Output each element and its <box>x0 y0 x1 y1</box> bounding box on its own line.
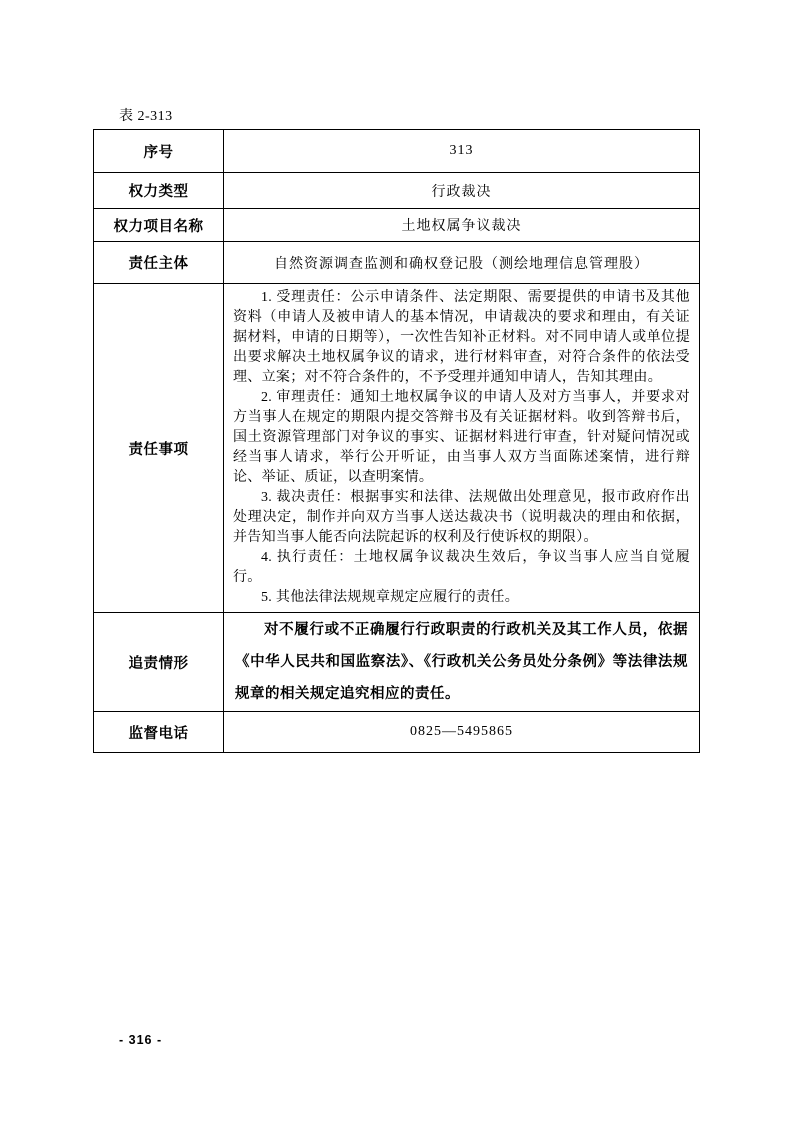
duty-paragraph-1: 1. 受理责任：公示申请条件、法定期限、需要提供的申请书及其他资料（申请人及被申… <box>233 288 690 388</box>
power-item-table: 序号 313 权力类型 行政裁决 权力项目名称 土地权属争议裁决 责任主体 自然… <box>93 129 700 753</box>
row-label-responsible-body: 责任主体 <box>94 242 224 284</box>
duty-paragraph-2: 2. 审理责任：通知土地权属争议的申请人及对方当事人，并要求对方当事人在规定的期… <box>233 388 690 488</box>
row-value-power-type: 行政裁决 <box>224 173 700 209</box>
row-label-supervision-phone: 监督电话 <box>94 712 224 753</box>
accountability-paragraph: 对不履行或不正确履行行政职责的行政机关及其工作人员，依据《中华人民共和国监察法》… <box>235 614 688 710</box>
page-number: - 316 - <box>119 1033 162 1047</box>
table-row-project-name: 权力项目名称 土地权属争议裁决 <box>94 209 700 242</box>
table-row-serial: 序号 313 <box>94 130 700 173</box>
row-value-project-name: 土地权属争议裁决 <box>224 209 700 242</box>
row-value-serial: 313 <box>224 130 700 173</box>
table-row-accountability: 追责情形 对不履行或不正确履行行政职责的行政机关及其工作人员，依据《中华人民共和… <box>94 613 700 712</box>
table-row-responsible-body: 责任主体 自然资源调查监测和确权登记股（测绘地理信息管理股） <box>94 242 700 284</box>
document-page: 表 2-313 序号 313 权力类型 行政裁决 权力项目名称 土地权属争议裁决… <box>0 0 793 1122</box>
row-label-serial: 序号 <box>94 130 224 173</box>
duty-paragraph-3: 3. 裁决责任：根据事实和法律、法规做出处理意见，报市政府作出处理决定，制作并向… <box>233 488 690 548</box>
table-row-supervision-phone: 监督电话 0825—5495865 <box>94 712 700 753</box>
row-value-supervision-phone: 0825—5495865 <box>224 712 700 753</box>
row-value-accountability: 对不履行或不正确履行行政职责的行政机关及其工作人员，依据《中华人民共和国监察法》… <box>224 613 700 712</box>
table-row-power-type: 权力类型 行政裁决 <box>94 173 700 209</box>
duty-paragraph-4: 4. 执行责任：土地权属争议裁决生效后，争议当事人应当自觉履行。 <box>233 548 690 588</box>
row-label-power-type: 权力类型 <box>94 173 224 209</box>
row-label-project-name: 权力项目名称 <box>94 209 224 242</box>
row-label-accountability: 追责情形 <box>94 613 224 712</box>
duty-paragraph-5: 5. 其他法律法规规章规定应履行的责任。 <box>233 588 690 608</box>
table-row-duty-items: 责任事项 1. 受理责任：公示申请条件、法定期限、需要提供的申请书及其他资料（申… <box>94 284 700 613</box>
table-caption: 表 2-313 <box>119 105 173 125</box>
row-label-duty-items: 责任事项 <box>94 284 224 613</box>
row-value-duty-items: 1. 受理责任：公示申请条件、法定期限、需要提供的申请书及其他资料（申请人及被申… <box>224 284 700 613</box>
row-value-responsible-body: 自然资源调查监测和确权登记股（测绘地理信息管理股） <box>224 242 700 284</box>
